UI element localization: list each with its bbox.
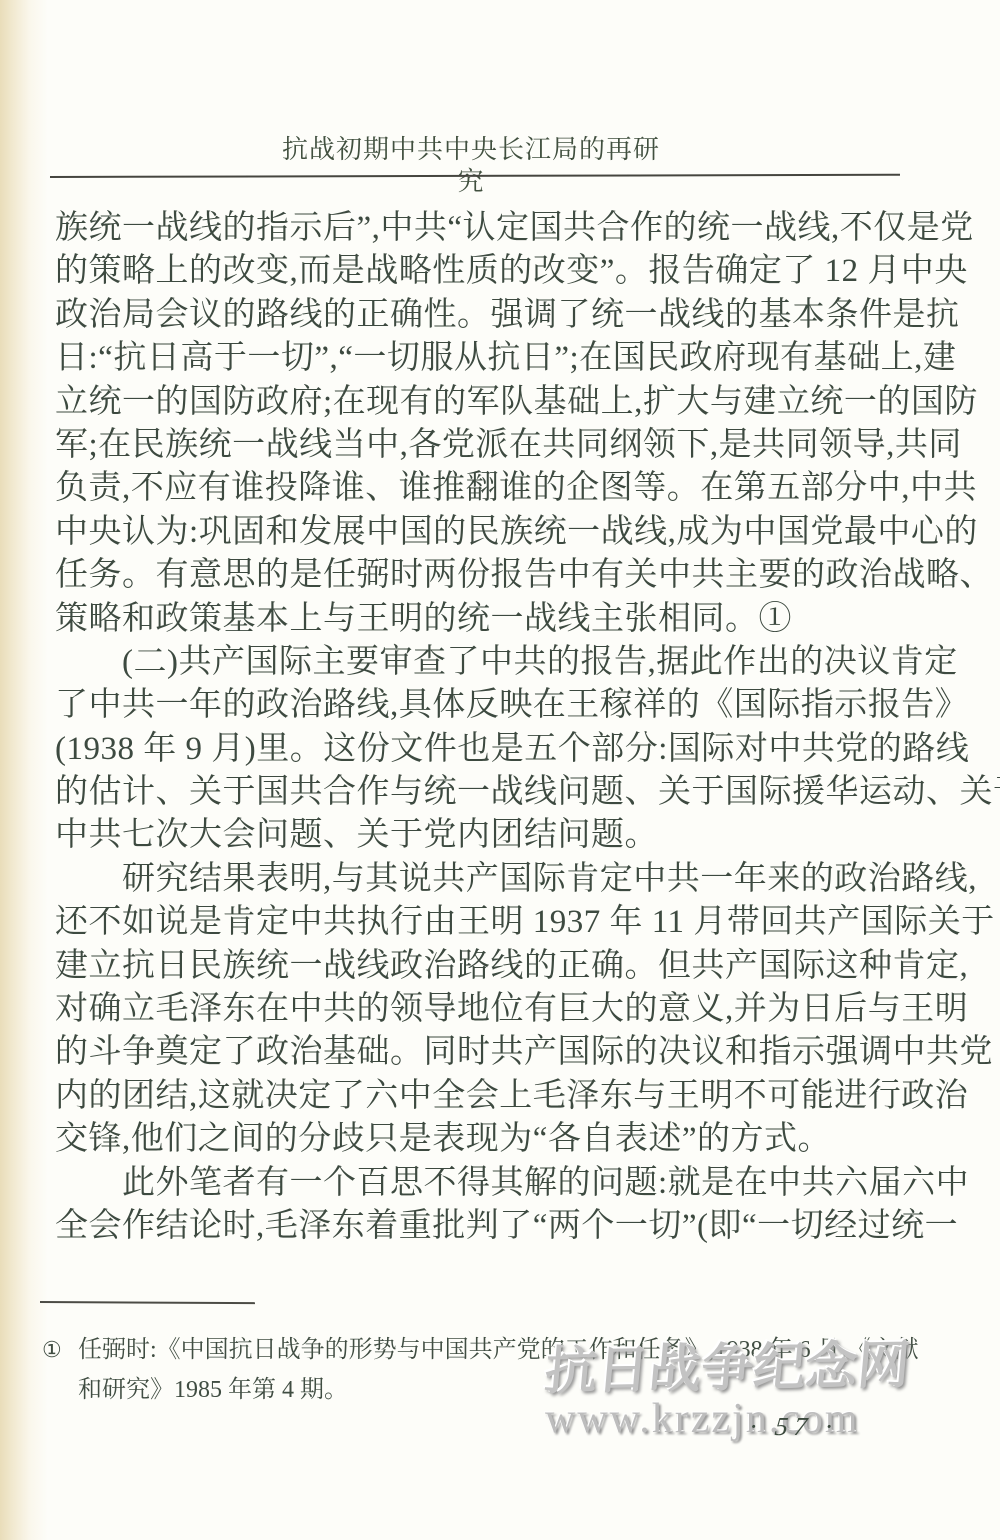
- body-text-line: (二)共产国际主要审查了中共的报告,据此作出的决议肯定: [55, 641, 887, 684]
- body-text-line: 族统一战线的指示后”,中共“认定国共合作的统一战线,不仅是党: [55, 207, 887, 250]
- running-header-title: 抗战初期中共中央长江局的再研究: [275, 134, 667, 198]
- page-number: · 57 ·: [748, 1412, 839, 1442]
- body-text-line: 的估计、关于国共合作与统一战线问题、关于国际援华运动、关于: [55, 771, 887, 814]
- body-text-line: 中共七次大会问题、关于党内团结问题。: [55, 814, 887, 857]
- body-text-line: 政治局会议的路线的正确性。强调了统一战线的基本条件是抗: [55, 294, 887, 337]
- body-text-line: 交锋,他们之间的分歧只是表现为“各自表述”的方式。: [55, 1118, 887, 1161]
- body-text-line: 的斗争奠定了政治基础。同时共产国际的决议和指示强调中共党: [55, 1031, 887, 1074]
- body-text-block: 族统一战线的指示后”,中共“认定国共合作的统一战线,不仅是党 的策略上的改变,而…: [55, 207, 887, 1248]
- body-text-line: 中央认为:巩固和发展中国的民族统一战线,成为中国党最中心的: [55, 511, 887, 554]
- body-text-line: 立统一的国防政府;在现有的军队基础上,扩大与建立统一的国防: [55, 381, 887, 424]
- footnote-separator-rule: [40, 1301, 255, 1304]
- body-text-line: 建立抗日民族统一战线政治路线的正确。但共产国际这种肯定,: [55, 945, 887, 988]
- body-text-line: 还不如说是肯定中共执行由王明 1937 年 11 月带回共产国际关于: [55, 901, 887, 944]
- footnote-line: 和研究》1985 年第 4 期。: [78, 1370, 892, 1410]
- footnote-marker: ①: [42, 1330, 62, 1370]
- body-text-line: 策略和政策基本上与王明的统一战线主张相同。①: [55, 598, 887, 641]
- body-text-line: 全会作结论时,毛泽东着重批判了“两个一切”(即“一切经过统一: [55, 1205, 887, 1248]
- body-text-line: 此外笔者有一个百思不得其解的问题:就是在中共六届六中: [55, 1162, 887, 1205]
- body-text-line: (1938 年 9 月)里。这份文件也是五个部分:国际对中共党的路线: [55, 728, 887, 771]
- body-text-line: 内的团结,这就决定了六中全会上毛泽东与王明不可能进行政治: [55, 1075, 887, 1118]
- body-text-line: 的策略上的改变,而是战略性质的改变”。报告确定了 12 月中央: [55, 250, 887, 293]
- body-text-line: 日:“抗日高于一切”,“一切服从抗日”;在国民政府现有基础上,建: [55, 337, 887, 380]
- footnote: ① 任弼时:《中国抗日战争的形势与中国共产党的工作和任务》,1938 年 6 月…: [40, 1330, 892, 1410]
- body-text-line: 对确立毛泽东在中共的领导地位有巨大的意义,并为日后与王明: [55, 988, 887, 1031]
- footnote-line: 任弼时:《中国抗日战争的形势与中国共产党的工作和任务》,1938 年 6 月,《…: [78, 1330, 892, 1370]
- document-page: 抗战初期中共中央长江局的再研究 族统一战线的指示后”,中共“认定国共合作的统一战…: [0, 0, 1000, 1540]
- body-text-line: 任务。有意思的是任弼时两份报告中有关中共主要的政治战略、: [55, 554, 887, 597]
- footnote-text: 任弼时:《中国抗日战争的形势与中国共产党的工作和任务》,1938 年 6 月,《…: [40, 1330, 892, 1410]
- scan-edge-shadow: [0, 0, 48, 1540]
- body-text-line: 军;在民族统一战线当中,各党派在共同纲领下,是共同领导,共同: [55, 424, 887, 467]
- body-text-line: 负责,不应有谁投降谁、谁推翻谁的企图等。在第五部分中,中共: [55, 467, 887, 510]
- body-text-line: 了中共一年的政治路线,具体反映在王稼祥的《国际指示报告》: [55, 684, 887, 727]
- body-text-line: 研究结果表明,与其说共产国际肯定中共一年来的政治路线,: [55, 858, 887, 901]
